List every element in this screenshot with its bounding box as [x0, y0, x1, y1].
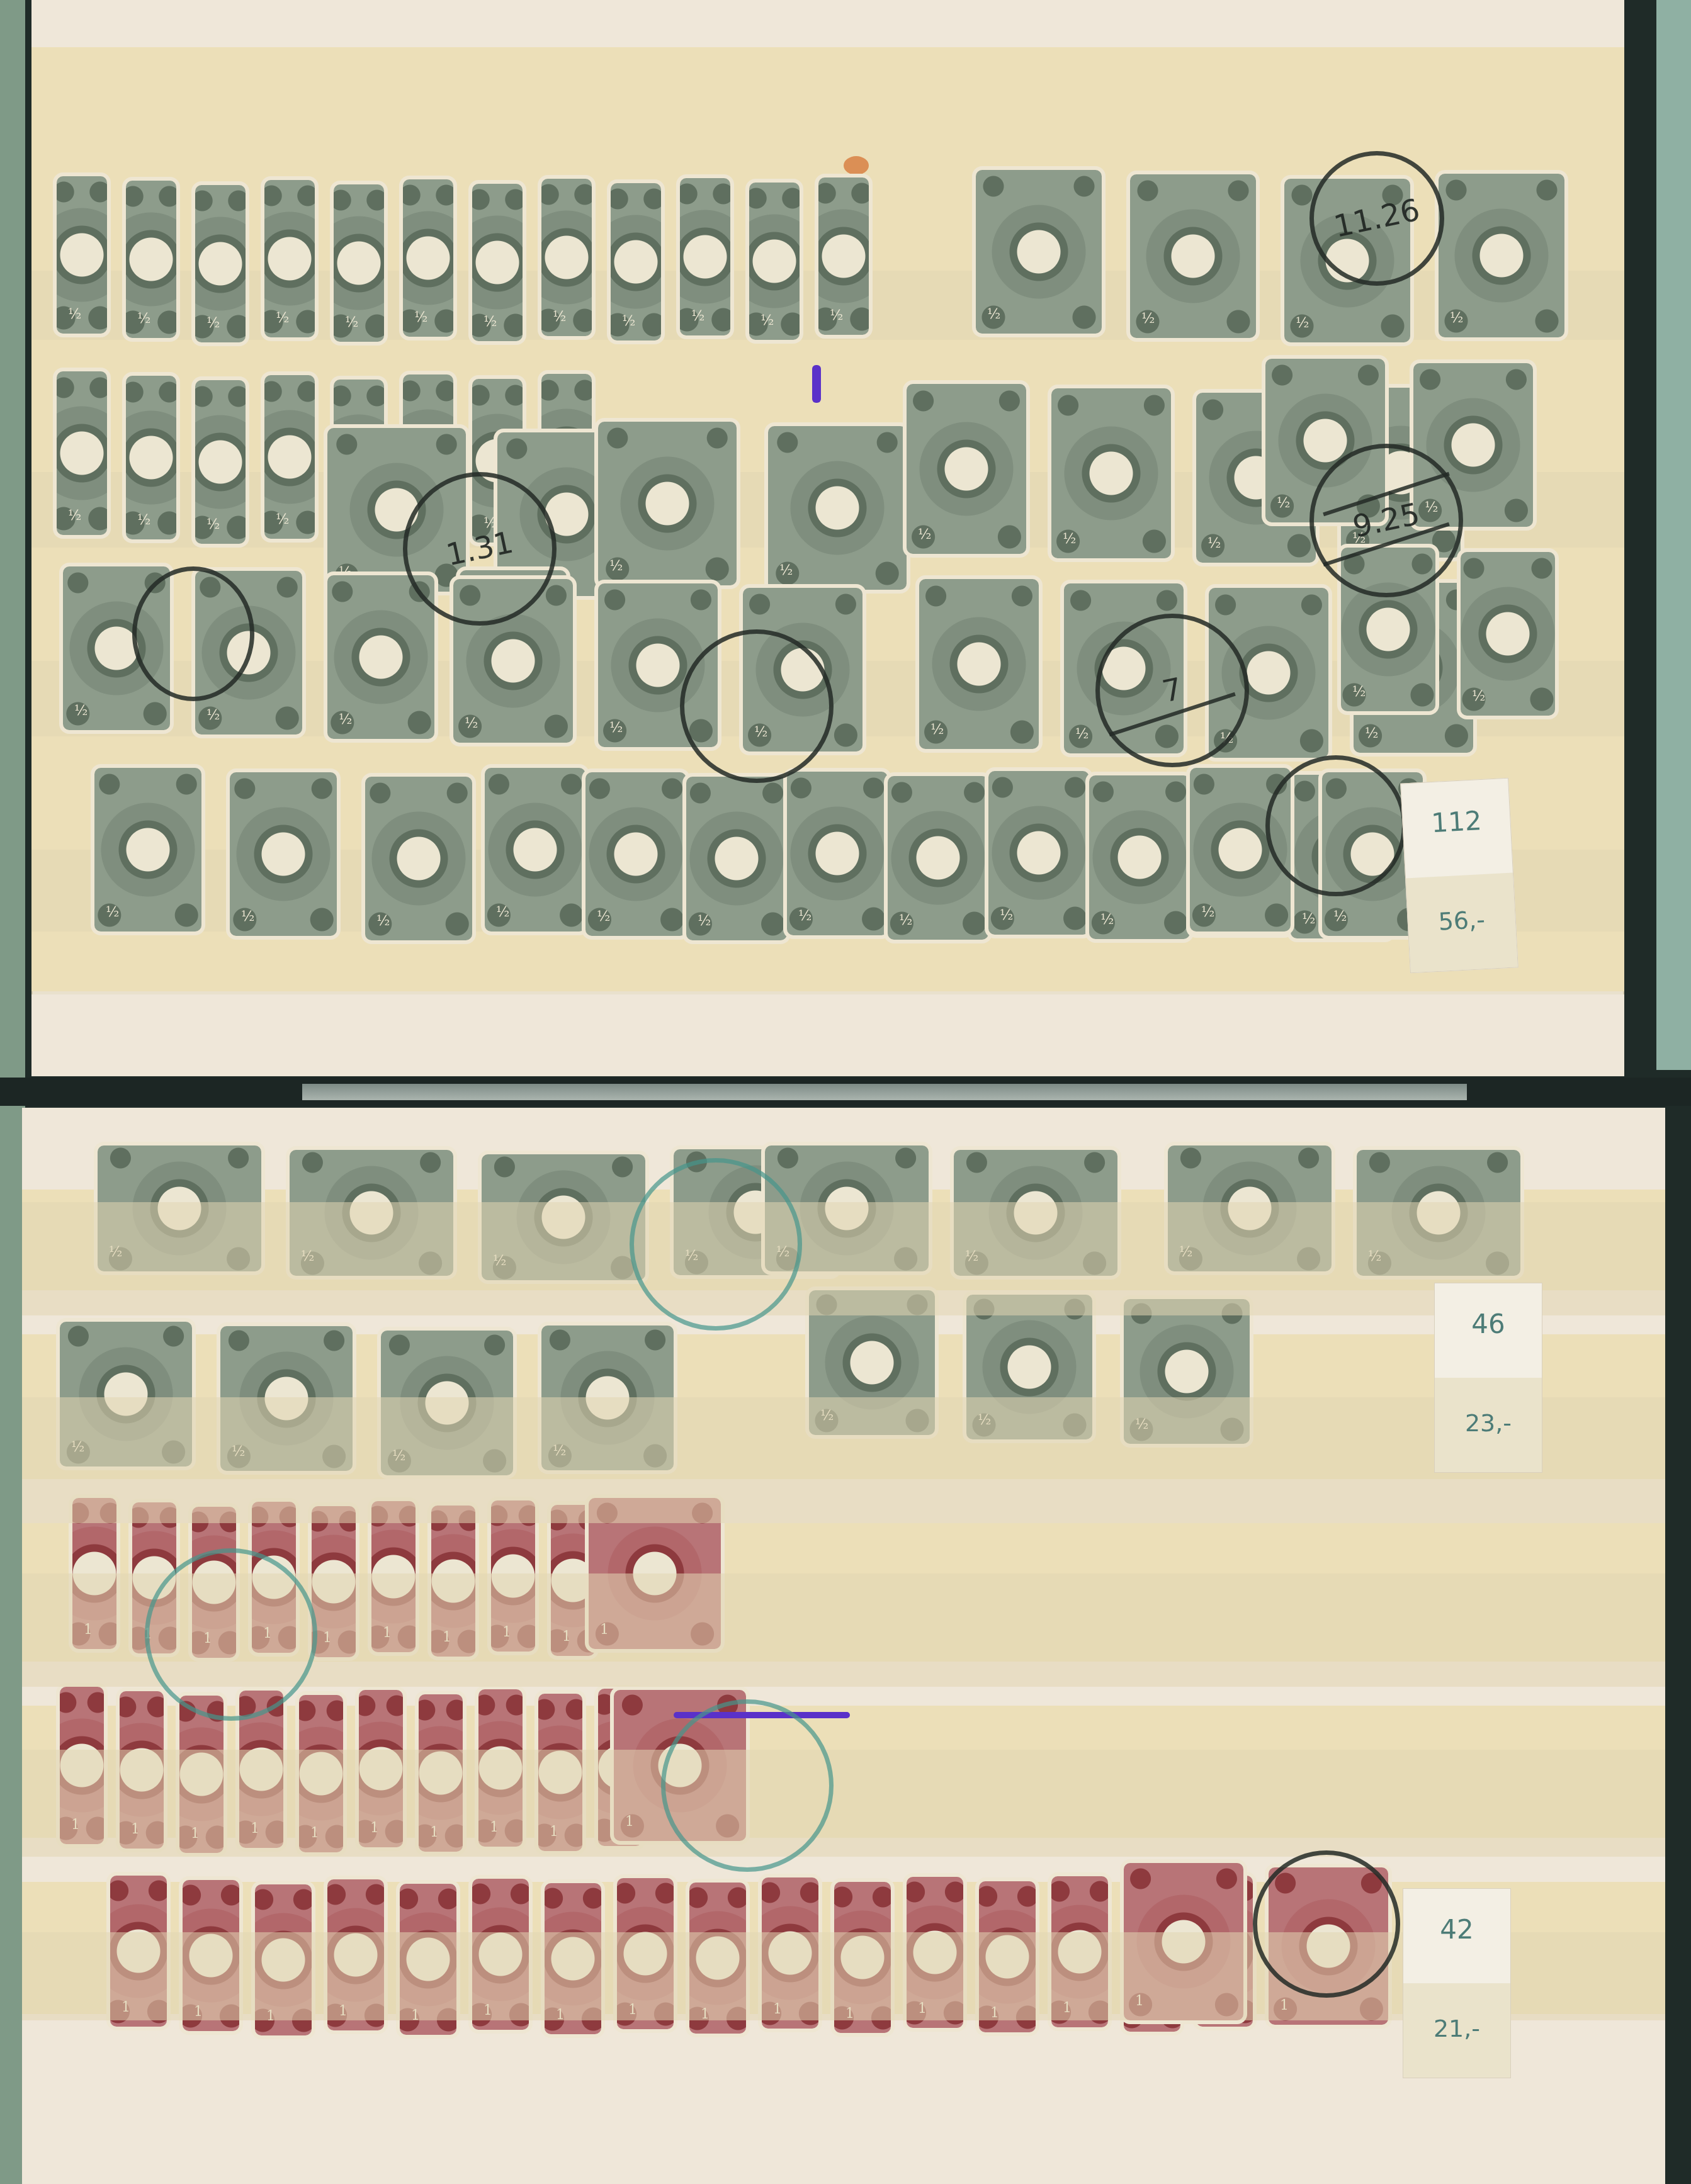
note-count: 42 — [1403, 1914, 1510, 1945]
stamp: ½ — [907, 566, 1051, 762]
postmark — [145, 1548, 317, 1721]
postmark-date: 11.26 — [1331, 192, 1423, 244]
note-count: 112 — [1402, 804, 1510, 840]
postmark — [1265, 755, 1406, 896]
stamp: ½ — [529, 166, 604, 349]
note-price: 56,- — [1408, 904, 1516, 937]
note-count: 46 — [1435, 1309, 1542, 1339]
purple-mark — [812, 365, 821, 403]
postmark: 11.26 — [1309, 151, 1444, 286]
stamp: ½ — [585, 409, 749, 598]
glassine-strip — [22, 1397, 1665, 1523]
postmark — [132, 566, 254, 701]
postmark: 9.25 — [1309, 444, 1463, 597]
stamp: ½ — [737, 170, 812, 352]
postmark-date: 7 — [1159, 671, 1185, 709]
price-note: 112 56,- — [1400, 778, 1519, 974]
stamp: ½ — [1448, 539, 1568, 728]
postmark — [630, 1158, 802, 1331]
stamp: ½ — [598, 171, 674, 353]
note-price: 21,- — [1403, 2015, 1510, 2042]
page-edge-shadow — [302, 1084, 1467, 1100]
price-note: 42 21,- — [1403, 1888, 1511, 2078]
postmark: 1.31 — [403, 472, 557, 626]
stamp: ½ — [667, 166, 743, 348]
stamp: ½ — [1426, 161, 1577, 350]
stamp: ½ — [183, 172, 258, 355]
postmark-date: 1.31 — [443, 525, 516, 573]
stamp: ½ — [894, 371, 1039, 566]
stamp: ½ — [353, 764, 485, 953]
stamp: ½ — [183, 368, 258, 556]
stamp: ½ — [321, 172, 397, 354]
glassine-strip — [22, 1750, 1665, 1857]
stamp: ½ — [460, 171, 535, 354]
stamp: ½ — [1039, 376, 1184, 571]
stamp: ½ — [806, 165, 881, 347]
stamp: ½ — [44, 359, 120, 548]
stamp: ½ — [252, 167, 327, 350]
stamp: ½ — [1117, 162, 1269, 351]
postmark — [661, 1699, 834, 1872]
postmark — [1253, 1850, 1400, 1998]
stamp: ½ — [217, 760, 349, 948]
album-cover-right — [1656, 0, 1691, 1070]
postmark — [680, 629, 834, 783]
stamp: ½ — [82, 755, 214, 944]
price-note: 46 23,- — [1434, 1283, 1542, 1473]
stamp: ½ — [113, 168, 189, 351]
stamp: ½ — [113, 363, 189, 552]
stamp: ½ — [390, 167, 466, 349]
note-price: 23,- — [1435, 1409, 1542, 1437]
strip — [31, 994, 1624, 1076]
stamp: ½ — [963, 157, 1114, 346]
postmark: 7 — [1095, 614, 1249, 767]
stamp: ½ — [44, 164, 120, 346]
strip — [31, 0, 1624, 47]
glassine-strip — [22, 1202, 1665, 1315]
